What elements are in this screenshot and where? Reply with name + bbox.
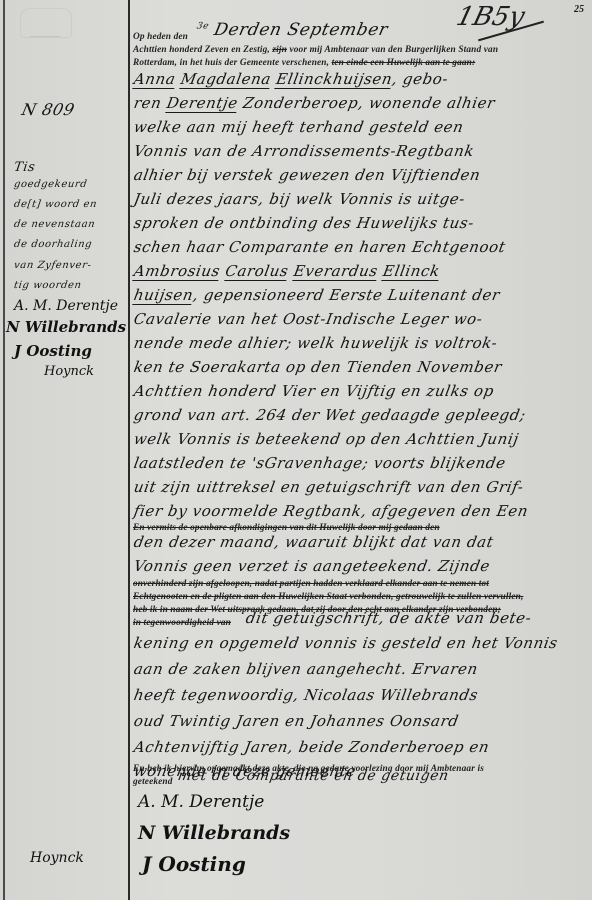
hand-line-19: fier by voormelde Regtbank, afgegeven de… bbox=[132, 502, 529, 520]
margin-note-line: de doorhaling bbox=[13, 239, 93, 250]
hand-text: , gepensioneerd Eerste Luitenant der bbox=[192, 286, 502, 304]
registry-page: 1B5y 25 N 809 Tis goedgekeurd de[t] woor… bbox=[0, 0, 592, 900]
hand-line-16: welk Vonnis is beteekend op den Achttien… bbox=[132, 430, 520, 448]
embossed-stamp bbox=[20, 8, 72, 38]
hand-line-2: ren Derentje Zonderberoep, wonende alhie… bbox=[132, 94, 496, 112]
signature-willebrands: N Willebrands bbox=[138, 822, 290, 844]
husband-first-name: Ambrosius bbox=[132, 262, 221, 281]
margin-signature-derentje: A. M. Derentje bbox=[14, 298, 118, 314]
hand-date: 3e Derden September bbox=[194, 20, 390, 40]
margin-note-line: tig woorden bbox=[13, 280, 82, 291]
signature-oosting: J Oosting bbox=[142, 852, 246, 876]
hand-line-29: met de Comparante en de getuigen bbox=[177, 768, 451, 784]
margin-note-line: de nevenstaan bbox=[13, 219, 96, 230]
husband-second-name: Carolus bbox=[224, 262, 290, 281]
printed-opening: Op heden den bbox=[133, 32, 188, 42]
hand-line-26: oud Twintig Jaren en Johannes Oonsard bbox=[132, 712, 460, 730]
hand-line-11: Cavalerie van het Oost-Indische Leger wo… bbox=[132, 310, 484, 328]
maiden-name: Derentje bbox=[165, 94, 239, 113]
signature-derentje: A. M. Derentje bbox=[138, 792, 264, 812]
margin-signature-hoynck: Hoynck bbox=[44, 364, 94, 379]
printed-text: Achttien honderd Zeven en Zestig, bbox=[133, 45, 270, 55]
page-number: 25 bbox=[574, 4, 584, 15]
margin-note-line: goedgekeurd bbox=[13, 179, 88, 190]
record-number: N 809 bbox=[20, 100, 77, 119]
hand-line-15: grond van art. 264 der Wet gedaagde gepl… bbox=[132, 406, 527, 424]
hand-line-5: alhier bij verstek gewezen den Vijftiend… bbox=[132, 166, 482, 184]
bottom-margin-signature-hoynck: Hoynck bbox=[30, 850, 84, 866]
hand-line-10: huijsen, gepensioneerd Eerste Luitenant … bbox=[132, 286, 501, 304]
husband-surname-part1: Ellinck bbox=[381, 262, 441, 281]
struck-printed-line-2: onverhinderd zijn afgeloopen, nadat part… bbox=[133, 579, 489, 589]
hand-line-24: aan de zaken blijven aangehecht. Ervaren bbox=[132, 660, 479, 678]
margin-divider-line bbox=[128, 0, 130, 900]
margin-signature-willebrands: N Willebrands bbox=[6, 318, 126, 336]
hand-text: ren bbox=[132, 94, 163, 112]
margin-note-line: van Zyfenver- bbox=[13, 260, 92, 271]
hand-line-14: Achttien honderd Vier en Vijftig en zulk… bbox=[132, 382, 495, 400]
hand-line-13: ken te Soerakarta op den Tienden Novembe… bbox=[132, 358, 503, 376]
bride-first-name: Anna bbox=[132, 70, 177, 89]
printed-line-2: Achttien honderd Zeven en Zestig, zijn v… bbox=[133, 45, 498, 55]
printed-text: Rotterdam, in het huis der Gemeente vers… bbox=[133, 58, 329, 68]
struck-text: zijn bbox=[272, 45, 287, 55]
hand-line-9: Ambrosius Carolus Everardus Ellinck bbox=[132, 262, 441, 280]
hand-line-8: schen haar Comparante en haren Echtgenoo… bbox=[132, 238, 507, 256]
hand-line-25: heeft tegenwoordig, Nicolaas Willebrands bbox=[132, 686, 479, 704]
hand-line-4: Vonnis van de Arrondissements-Regtbank bbox=[132, 142, 475, 160]
hand-text: Zonderberoep, wonende alhier bbox=[236, 94, 496, 112]
hand-line-23: kening en opgemeld vonnis is gesteld en … bbox=[132, 634, 559, 652]
struck-printed-line-5: in tegenwoordigheid van bbox=[133, 618, 231, 628]
hand-line-20: den dezer maand, waaruit blijkt dat van … bbox=[132, 533, 495, 551]
margin-note-line: Tis bbox=[13, 160, 36, 175]
bride-surname: Ellinckhuijsen bbox=[275, 70, 394, 89]
printed-line-3: Rotterdam, in het huis der Gemeente vers… bbox=[133, 58, 475, 68]
hand-line-3: welke aan mij heeft terhand gesteld een bbox=[132, 118, 465, 136]
struck-text: ten einde een Huwelijk aan te gaan: bbox=[332, 58, 476, 68]
date-superscript: 3e bbox=[196, 21, 210, 31]
hand-line-18: uit zijn uittreksel en getuigschrift van… bbox=[132, 478, 525, 496]
closing-printed-line-2: geteekend bbox=[133, 777, 173, 787]
stamp-line bbox=[30, 36, 60, 37]
bride-middle-name: Magdalena bbox=[179, 70, 272, 89]
struck-printed-line-1: En vermits de openbare afkondigingen van… bbox=[133, 523, 440, 533]
hand-line-21: Vonnis geen verzet is aangeteekend. Zijn… bbox=[132, 557, 491, 575]
margin-signature-oosting: J Oosting bbox=[14, 342, 92, 360]
hand-line-6: Juli dezes jaars, bij welk Vonnis is uit… bbox=[132, 190, 466, 208]
hand-line-7: sproken de ontbinding des Huwelijks tus- bbox=[132, 214, 475, 232]
margin-note-line: de[t] woord en bbox=[13, 199, 98, 210]
date-text: Derden September bbox=[212, 20, 390, 40]
hand-text: , gebo- bbox=[391, 70, 450, 88]
husband-third-name: Everardus bbox=[292, 262, 379, 281]
hand-line-22: dit getuigschrift, de akte van bete- bbox=[244, 609, 533, 627]
husband-surname-part2: huijsen bbox=[132, 286, 195, 305]
left-border-line bbox=[3, 0, 5, 900]
hand-line-17: laatstleden te 'sGravenhage; voorts blij… bbox=[132, 454, 507, 472]
struck-printed-line-3: Echtgenooten en de pligten aan den Huwel… bbox=[133, 592, 523, 602]
hand-line-1: Anna Magdalena Ellinckhuijsen, gebo- bbox=[132, 70, 449, 88]
hand-line-12: nende mede alhier; welk huwelijk is volt… bbox=[132, 334, 499, 352]
hand-line-27: Achtenvijftig Jaren, beide Zonderberoep … bbox=[132, 738, 490, 756]
printed-text: voor mij Ambtenaar van den Burgerlijken … bbox=[289, 45, 498, 55]
